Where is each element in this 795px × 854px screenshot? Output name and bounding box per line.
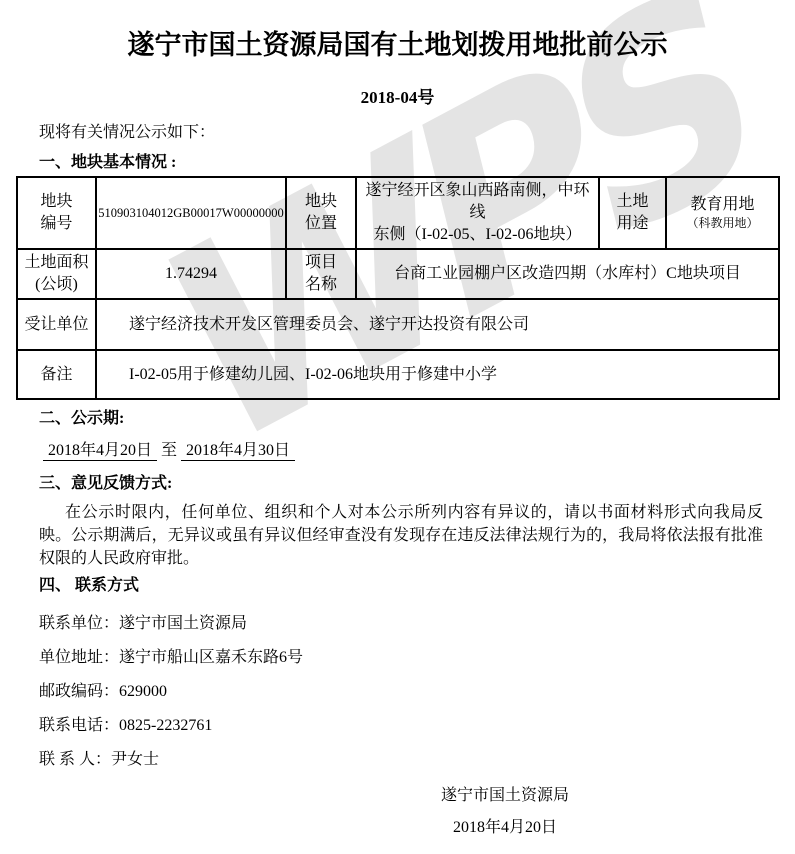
land-use-sub: （科教用地）: [671, 215, 774, 231]
section2-heading: 二、公示期:: [39, 410, 795, 428]
location-value: 遂宁经开区象山西路南侧，中环线 东侧（I-02-05、I-02-06地块）: [356, 177, 599, 249]
period-end-date: 2018年4月30日: [181, 442, 295, 461]
contact-phone-row: 联系电话：0825-2232761: [39, 709, 795, 743]
contact-address-row: 单位地址：遂宁市船山区嘉禾东路6号: [39, 641, 795, 675]
contact-unit-label: 联系单位：: [39, 615, 119, 632]
contact-postcode-row: 邮政编码：629000: [39, 675, 795, 709]
contact-person-row: 联 系 人：尹女士: [39, 743, 795, 777]
contact-postcode-label: 邮政编码：: [39, 683, 119, 700]
land-use-value: 教育用地 （科教用地）: [666, 177, 779, 249]
signature-block: 遂宁市国土资源局 2018年4月20日: [441, 780, 569, 844]
table-row: 土地面积 (公顷) 1.74294 项目 名称 台商工业园棚户区改造四期（水库村…: [17, 249, 779, 299]
contact-person-label: 联 系 人：: [39, 751, 111, 768]
parcel-number-label: 地块 编号: [17, 177, 96, 249]
contact-unit-row: 联系单位：遂宁市国土资源局: [39, 607, 795, 641]
signature-date: 2018年4月20日: [441, 812, 569, 844]
land-area-label: 土地面积 (公顷): [17, 249, 96, 299]
contact-address-value: 遂宁市船山区嘉禾东路6号: [119, 649, 303, 666]
publicity-period: 2018年4月20日至2018年4月30日: [43, 440, 795, 462]
transferee-value: 遂宁经济技术开发区管理委员会、遂宁开达投资有限公司: [96, 299, 779, 350]
document-body: 遂宁市国土资源局国有土地划拨用地批前公示 2018-04号 现将有关情况公示如下…: [0, 28, 795, 777]
land-use-label: 土地 用途: [599, 177, 666, 249]
page-title: 遂宁市国土资源局国有土地划拨用地批前公示: [10, 28, 785, 62]
parcel-info-table: 地块 编号 510903104012GB00017W00000000 地块 位置…: [16, 176, 780, 400]
transferee-label: 受让单位: [17, 299, 96, 350]
feedback-paragraph: 在公示时限内，任何单位、组织和个人对本公示所列内容有异议的，请以书面材料形式向我…: [39, 501, 763, 570]
land-use-main: 教育用地: [671, 195, 774, 215]
contact-phone-label: 联系电话：: [39, 717, 119, 734]
section3-heading: 三、意见反馈方式:: [39, 475, 795, 493]
contact-unit-value: 遂宁市国土资源局: [119, 615, 247, 632]
land-area-value: 1.74294: [96, 249, 286, 299]
remark-value: I-02-05用于修建幼儿园、I-02-06地块用于修建中小学: [96, 350, 779, 399]
project-name-label: 项目 名称: [286, 249, 356, 299]
intro-text: 现将有关情况公示如下：: [39, 124, 795, 142]
period-separator: 至: [161, 442, 177, 459]
section4-heading: 四、 联系方式: [39, 577, 795, 595]
contact-postcode-value: 629000: [119, 683, 167, 700]
project-name-value: 台商工业园棚户区改造四期（水库村）C地块项目: [356, 249, 779, 299]
doc-number: 2018-04号: [0, 88, 795, 108]
parcel-number-value: 510903104012GB00017W00000000: [96, 177, 286, 249]
contact-phone-value: 0825-2232761: [119, 717, 212, 734]
table-row: 备注 I-02-05用于修建幼儿园、I-02-06地块用于修建中小学: [17, 350, 779, 399]
table-row: 受让单位 遂宁经济技术开发区管理委员会、遂宁开达投资有限公司: [17, 299, 779, 350]
contact-person-value: 尹女士: [111, 751, 159, 768]
signature-organization: 遂宁市国土资源局: [441, 780, 569, 812]
location-label: 地块 位置: [286, 177, 356, 249]
contact-list: 联系单位：遂宁市国土资源局 单位地址：遂宁市船山区嘉禾东路6号 邮政编码：629…: [39, 607, 795, 777]
section1-heading: 一、地块基本情况 :: [39, 154, 795, 172]
contact-address-label: 单位地址：: [39, 649, 119, 666]
period-start-date: 2018年4月20日: [43, 442, 157, 461]
remark-label: 备注: [17, 350, 96, 399]
table-row: 地块 编号 510903104012GB00017W00000000 地块 位置…: [17, 177, 779, 249]
